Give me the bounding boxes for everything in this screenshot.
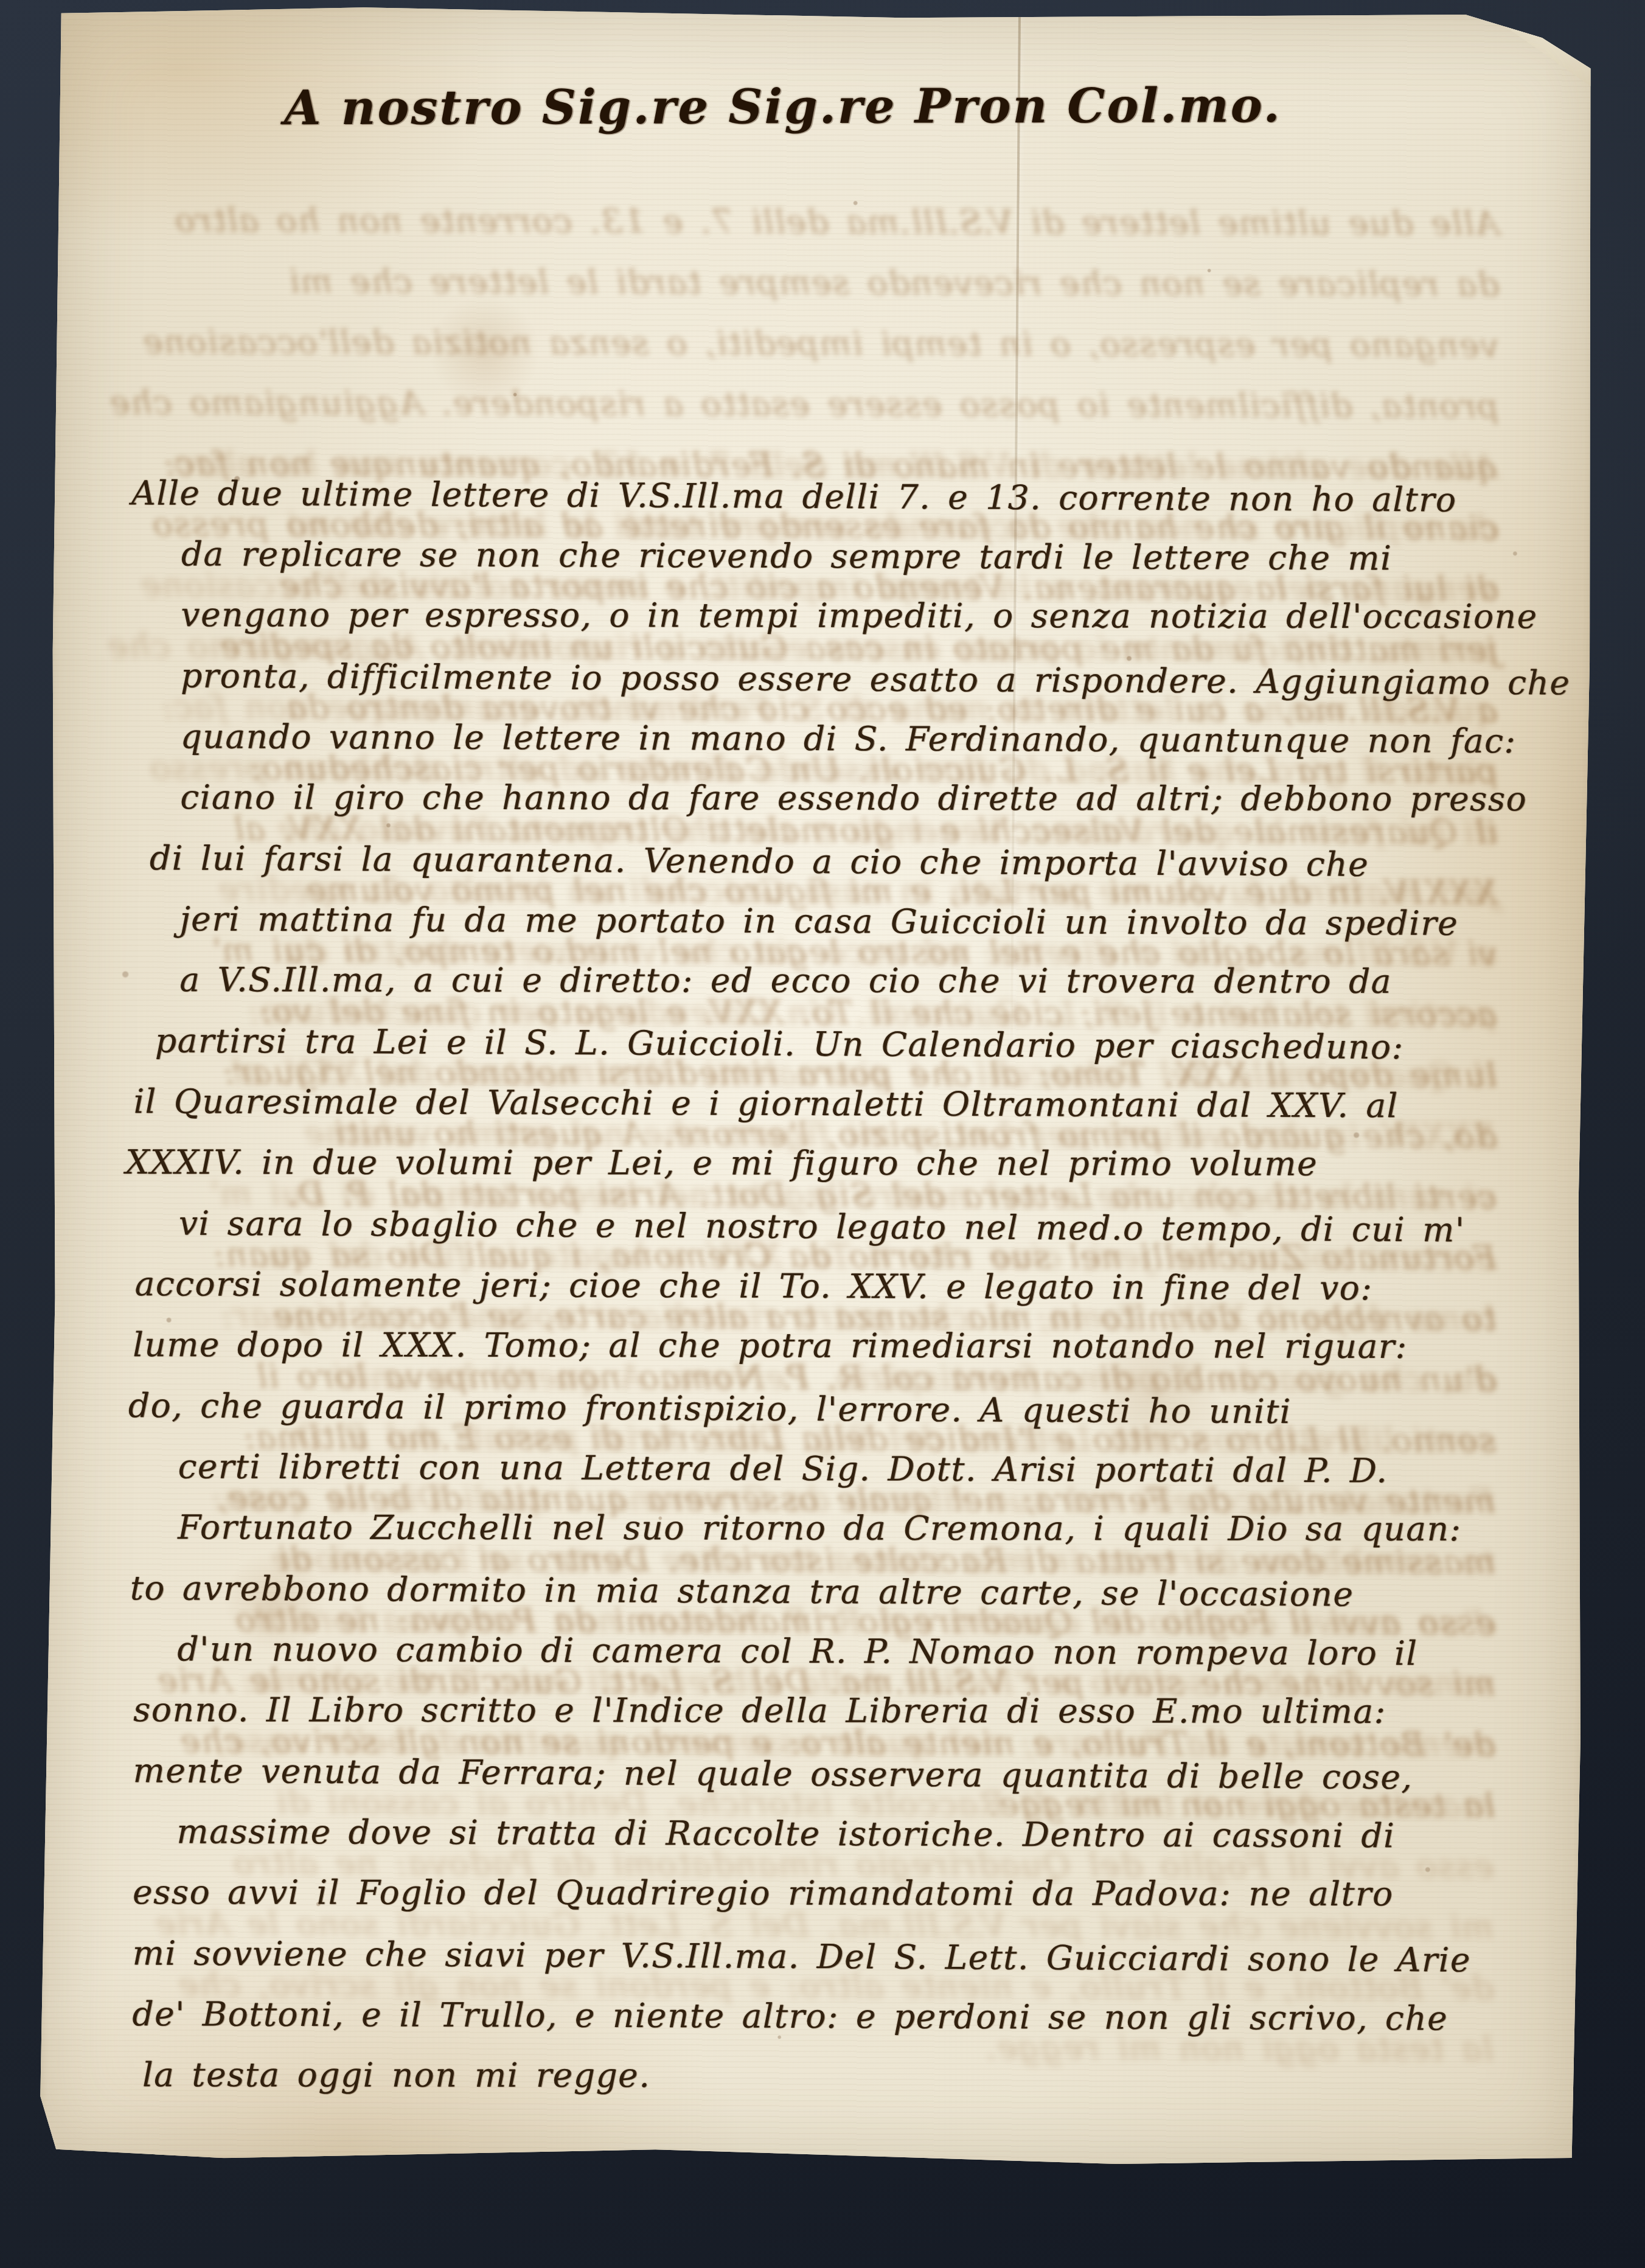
manuscript-line: sonno. Il Libro scritto e l'Indice della…: [122, 1679, 1548, 1742]
manuscript-line: de' Bottoni, e il Trullo, e niente altro…: [121, 1983, 1547, 2049]
manuscript-line: partirsi tra Lei e il S. L. Guiccioli. U…: [125, 1010, 1551, 1078]
manuscript-line: vengano per espresso, o in tempi impedit…: [126, 584, 1552, 647]
manuscript-line: a V.S.Ill.ma, a cui e diretto: ed ecco c…: [125, 949, 1551, 1012]
manuscript-line: accorsi solamente jeri; cioe che il To. …: [123, 1253, 1549, 1319]
manuscript-line: XXXIV. in due volumi per Lei, e mi figur…: [124, 1132, 1550, 1194]
manuscript-line: mi sovviene che siavi per V.S.Ill.ma. De…: [121, 1922, 1547, 1991]
manuscript-line: d'un nuovo cambio di camera col R. P. No…: [122, 1618, 1548, 1684]
manuscript-line: Alle due ultime lettere di V.S.Ill.ma de…: [127, 462, 1553, 530]
manuscript-line: il Quaresimale del Valsecchi e i giornal…: [124, 1071, 1550, 1136]
letter-salutation: A nostro Sig.re Sig.re Pron Col.mo.: [55, 77, 1596, 137]
bleed-line: pronta, difficilmente io posso essere es…: [128, 372, 1554, 436]
letter-sheet: Alle due ultime lettere di V.S.Ill.ma de…: [39, 2, 1596, 2173]
manuscript-line: to avrebbono dormito in mia stanza tra a…: [123, 1557, 1549, 1626]
manuscript-line: da replicare se non che ricevendo sempre…: [127, 523, 1553, 589]
manuscript-line: do, che guarda il primo frontispizio, l'…: [123, 1375, 1549, 1443]
manuscript-line: vi sara lo sbaglio che e nel nostro lega…: [124, 1192, 1550, 1261]
manuscript-line: jeri mattina fu da me portato in casa Gu…: [125, 888, 1551, 954]
manuscript-line: la testa oggi non mi regge.: [121, 2044, 1547, 2107]
manuscript-line: pronta, difficilmente io posso essere es…: [126, 645, 1552, 713]
bleed-line: da replicare se non che ricevendo sempre…: [128, 250, 1554, 315]
photo-backdrop: { "photo": { "backdrop_color": "#222a35"…: [0, 0, 1645, 2268]
manuscript-line: esso avvi il Foglio del Quadriregio rima…: [122, 1862, 1548, 1924]
manuscript-line: lume dopo il XXX. Tomo; al che potra rim…: [123, 1314, 1549, 1377]
manuscript-line: mente venuta da Ferrara; nel quale osser…: [122, 1740, 1548, 1808]
letter-body: Alle due ultime lettere di V.S.Ill.ma de…: [121, 462, 1553, 2110]
manuscript-line: ciano il giro che hanno da fare essendo …: [125, 767, 1551, 829]
manuscript-line: massime dove si tratta di Raccolte istor…: [122, 1801, 1548, 1866]
bleed-line: Alle due ultime lettere di V.S.Ill.ma de…: [128, 189, 1554, 254]
manuscript-line: di lui farsi la quarantena. Venendo a ci…: [125, 827, 1551, 896]
manuscript-line: certi libretti con una Lettera del Sig. …: [123, 1436, 1549, 1501]
manuscript-line: Fortunato Zucchelli nel suo ritorno da C…: [123, 1497, 1549, 1559]
bleed-line: vengano per espresso, o in tempi impedit…: [128, 311, 1554, 375]
manuscript-line: quando vanno le lettere in mano di S. Fe…: [125, 706, 1551, 771]
